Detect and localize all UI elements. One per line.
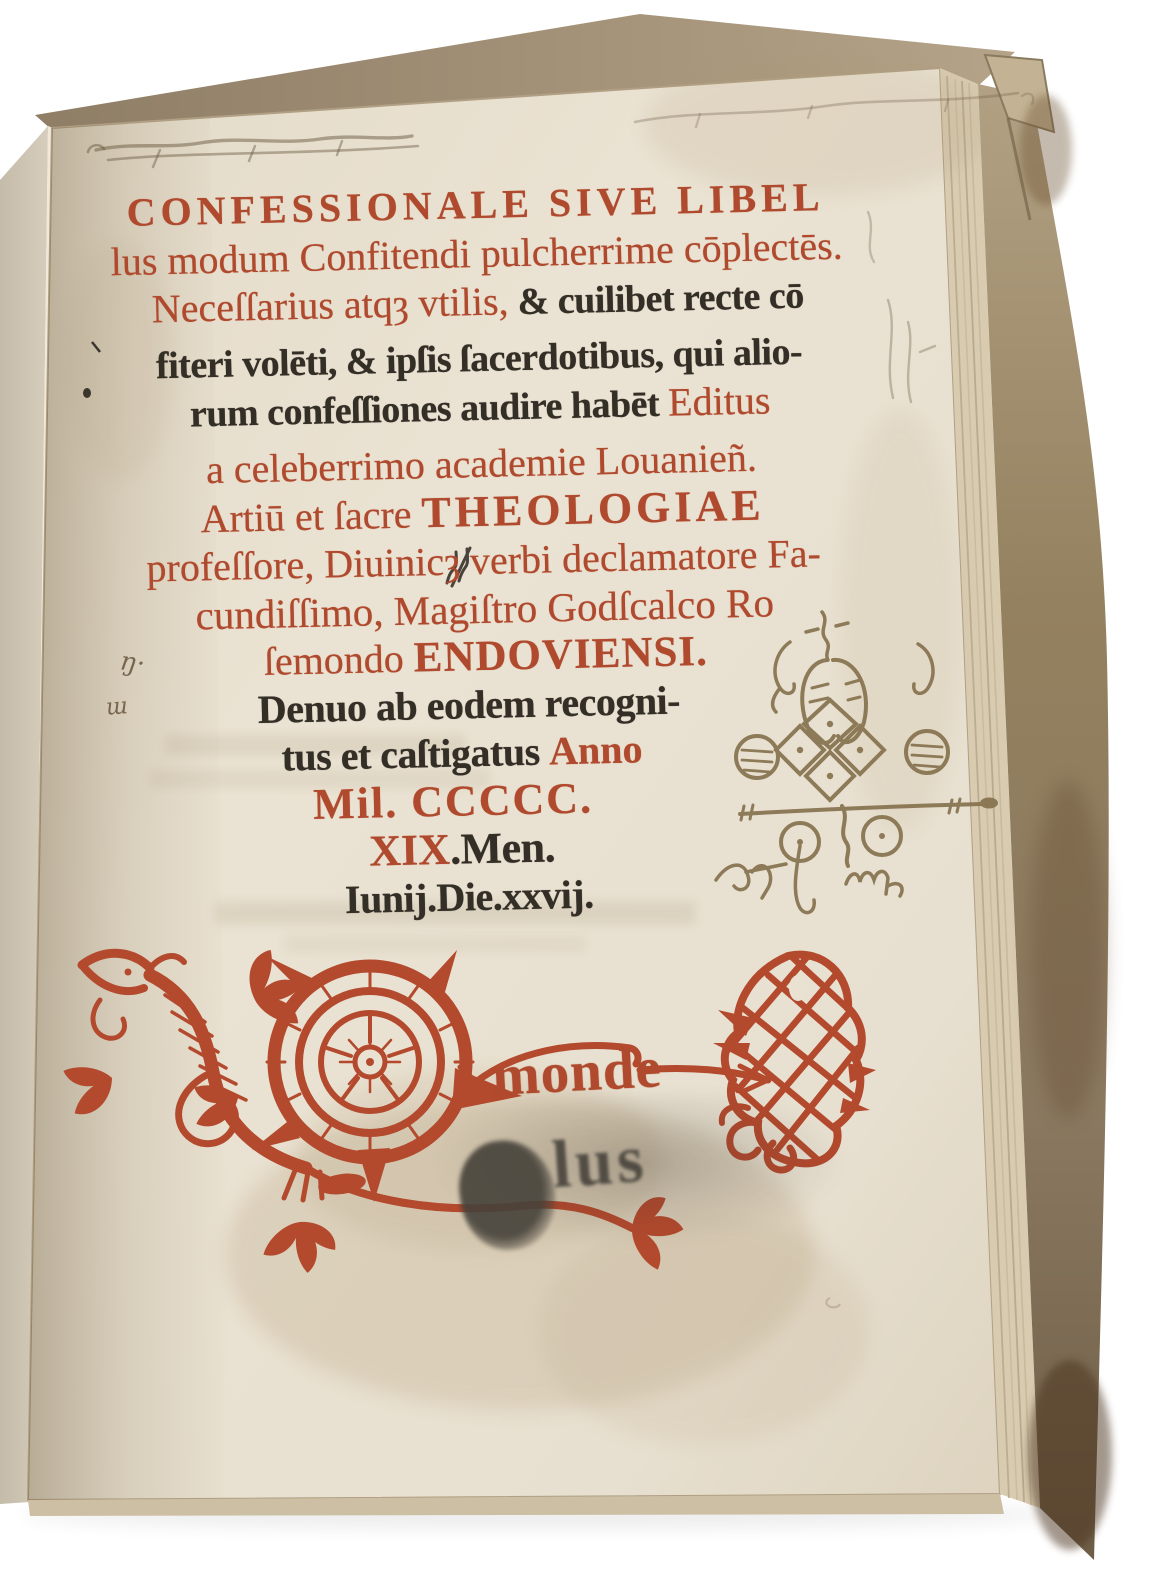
title-line-10-caps: ENDOVIENSI. [413, 628, 708, 682]
title-line-3-red: Neceſſarius atqȝ vtilis, [151, 278, 509, 331]
title-line-7-caps: THEOLOGIAE [421, 481, 765, 538]
margin-mark-1: ŋ· [118, 646, 147, 679]
title-line-12-black: tus et caſtigatus [281, 728, 550, 779]
title-line-5-black: rum confeſſiones audire habēt [190, 383, 669, 436]
title-line-14-black: .Men. [449, 822, 555, 873]
title-line-12-red: Anno [549, 726, 643, 773]
title-line-7-lead: Artiū et ſacre [200, 491, 422, 541]
title-line-14-red: XIX [369, 825, 451, 876]
title-line-3-black: & cuilibet recte cō [508, 275, 804, 324]
rebus-word-monde: monde [490, 1032, 723, 1109]
title-line-11-text: Denuo ab eodem recogni- [257, 677, 680, 732]
title-line-10-lead: ſemondo [263, 636, 414, 684]
book-photo: CONFESSIONALE SIVE LIBEL lus modum Confi… [0, 0, 1156, 1575]
margin-mark-2: ɯ [105, 693, 127, 720]
rebus-word-lus: lus [549, 1119, 649, 1204]
title-line-15-text: Iunij.Die.xxvij. [344, 871, 594, 922]
title-line-5-red: Editus [668, 377, 771, 424]
title-page-text: CONFESSIONALE SIVE LIBEL lus modum Confi… [55, 170, 912, 930]
title-line-13-text: Mil. CCCCC. [313, 773, 594, 828]
